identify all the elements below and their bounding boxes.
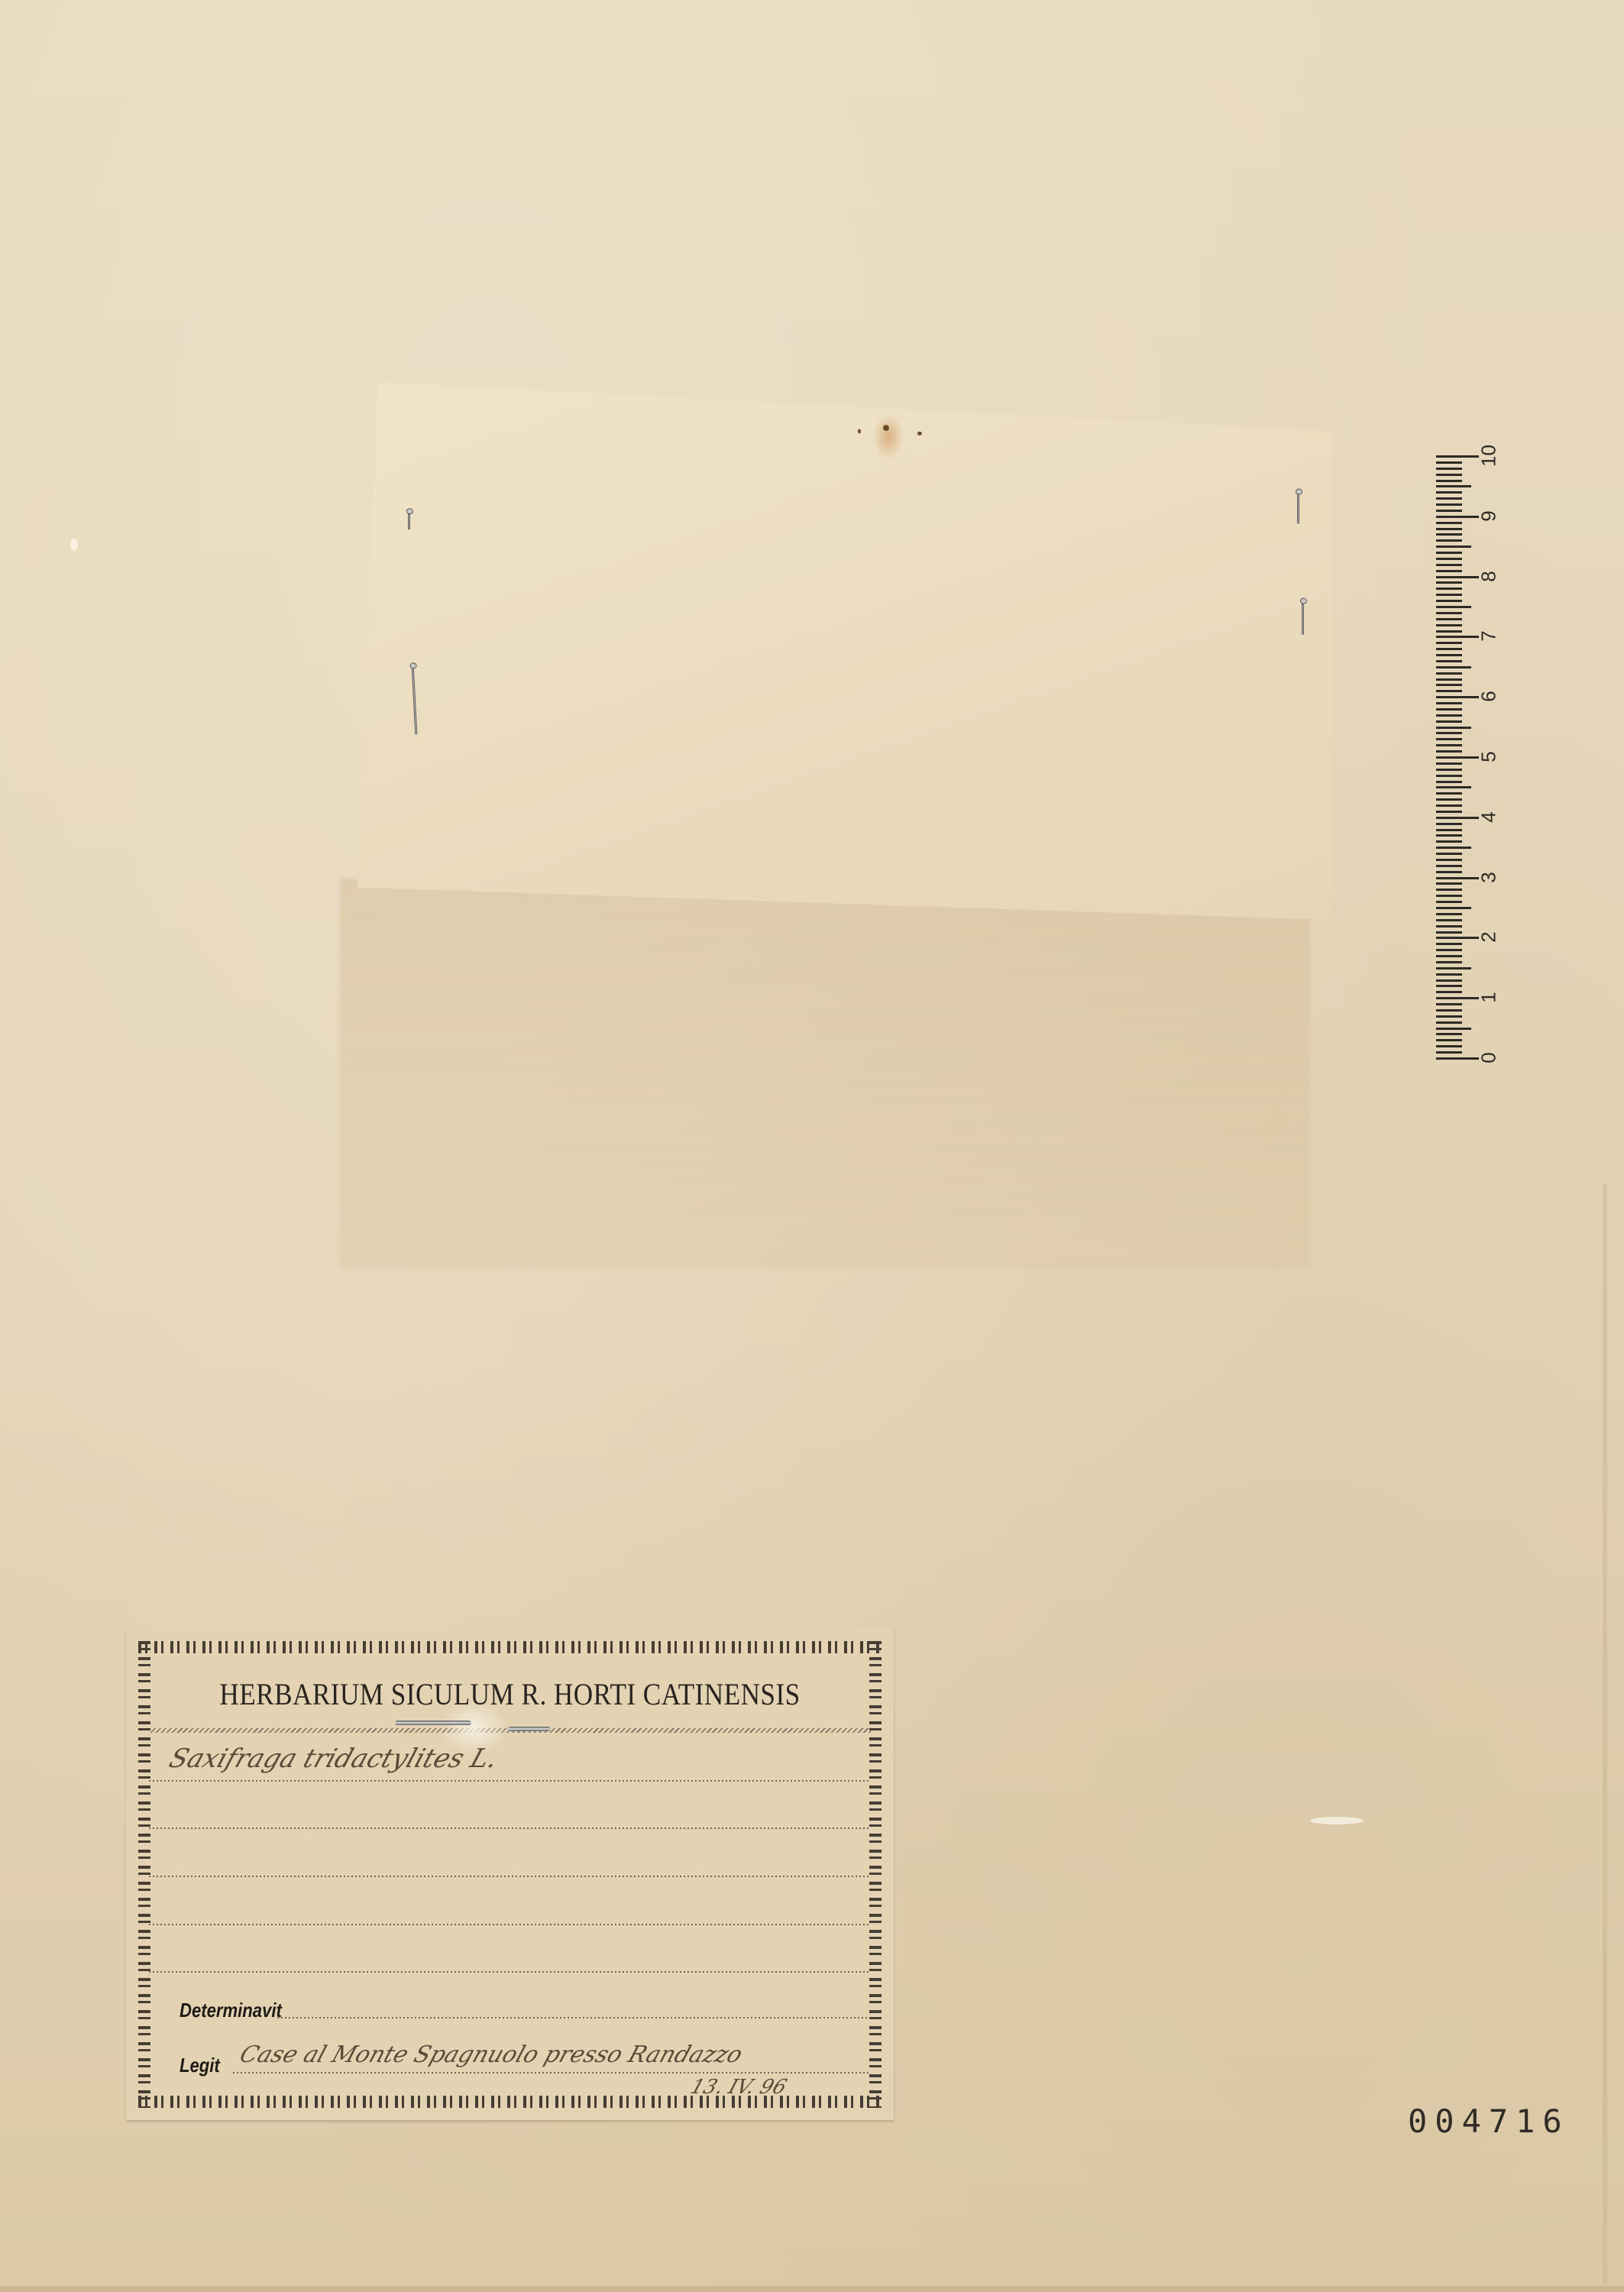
ruler-tick <box>1436 937 1479 939</box>
ruler-tick <box>1436 991 1462 993</box>
ruler-tick <box>1436 973 1462 976</box>
taxon-name: Saxifraga tridactylites L. <box>166 1743 502 1774</box>
ruler-tick <box>1436 455 1479 458</box>
ruler-tick <box>1436 811 1462 813</box>
ruler-tick <box>1436 624 1462 626</box>
ruler-tick <box>1436 480 1462 482</box>
ruler-tick <box>1436 648 1462 650</box>
ruler-label: 3 <box>1477 866 1501 889</box>
ruler-tick <box>1436 600 1462 602</box>
ruler-tick <box>1436 485 1471 487</box>
ruler-tick <box>1436 594 1462 596</box>
ruler-tick <box>1436 696 1479 698</box>
ruler-tick <box>1436 931 1462 934</box>
ruler-tick <box>1436 804 1462 807</box>
pin-icon <box>408 511 410 529</box>
ruler-label: 10 <box>1477 445 1501 468</box>
sheet-right-shadow <box>1603 1184 1607 2284</box>
ruler-tick <box>1436 895 1462 897</box>
ruler-tick <box>1436 618 1462 620</box>
ruler-tick <box>1436 781 1462 783</box>
ruler-tick <box>1436 859 1462 861</box>
ruler-tick <box>1436 738 1462 740</box>
ruler-tick <box>1436 642 1462 644</box>
ruler-tick <box>1436 636 1479 638</box>
ruler-tick <box>1436 678 1462 681</box>
ruler-tick <box>1436 510 1462 512</box>
collection-date: 13. IV. 96 <box>687 2076 789 2099</box>
ruler-tick <box>1436 823 1462 825</box>
sheet-bottom-edge <box>0 2286 1624 2292</box>
ruler-label: 9 <box>1477 504 1501 527</box>
ruler-tick <box>1436 829 1462 831</box>
collection-locality: Case al Monte Spagnuolo presso Randazzo <box>236 2041 746 2068</box>
ruler-tick <box>1436 955 1462 957</box>
label-title: HERBARIUM SICULUM R. HORTI CATINENSIS <box>172 1676 847 1712</box>
ruler-tick <box>1436 654 1462 656</box>
ruler-tick <box>1436 1028 1471 1030</box>
ruler-label: 4 <box>1477 805 1501 828</box>
ruler-tick <box>1436 1033 1462 1035</box>
pin-icon <box>412 665 418 734</box>
ruler-tick <box>1436 913 1462 915</box>
ruler-tick <box>1436 672 1462 675</box>
ruler-tick <box>1436 630 1462 633</box>
ruler-label: 1 <box>1477 986 1501 1009</box>
ruler-tick <box>1436 882 1462 885</box>
ruler-label: 8 <box>1477 565 1501 588</box>
ruler-tick <box>1436 1003 1462 1005</box>
ruler-tick <box>1436 1015 1462 1018</box>
ruler-label: 7 <box>1477 625 1501 648</box>
ruler-tick <box>1436 503 1462 506</box>
ruler-tick <box>1436 720 1462 723</box>
legit-label: Legit <box>180 2054 220 2077</box>
ruler-tick <box>1436 516 1479 518</box>
ruler-tick <box>1436 497 1462 500</box>
pin-icon <box>1302 601 1304 635</box>
ruler-tick <box>1436 612 1462 614</box>
ruler-tick <box>1436 961 1462 963</box>
ruler-tick <box>1436 727 1471 729</box>
ruler-tick <box>1436 901 1462 903</box>
ruler-tick <box>1436 853 1462 855</box>
ruler-tick <box>1436 552 1462 554</box>
ruler-tick <box>1436 847 1471 849</box>
ruler-tick <box>1436 769 1462 771</box>
ruler-tick <box>1436 834 1462 837</box>
pin-hole <box>917 432 922 435</box>
dotted-line <box>149 1780 871 1782</box>
ruler-tick <box>1436 979 1462 982</box>
ruler-tick <box>1436 925 1462 927</box>
ruler-tick <box>1436 570 1462 572</box>
ruler-tick <box>1436 690 1462 692</box>
determinavit-label: Determinavit <box>180 1999 282 2022</box>
ruler-tick <box>1436 732 1462 734</box>
ruler-tick <box>1436 792 1462 795</box>
faded-specimen-outline <box>340 879 1310 1268</box>
ruler-tick <box>1436 889 1462 891</box>
ruler-tick <box>1436 967 1471 970</box>
ruler-tick <box>1436 877 1479 879</box>
catalog-number: 004716 <box>1408 2103 1570 2140</box>
ruler-tick <box>1436 684 1462 686</box>
ruler-tick <box>1436 1039 1462 1041</box>
ruler-tick <box>1436 714 1462 717</box>
ruler-label: 2 <box>1477 926 1501 949</box>
ruler-tick <box>1436 1051 1462 1054</box>
ruler-tick <box>1436 461 1462 464</box>
paper-blemish <box>70 539 78 551</box>
ruler-tick <box>1436 533 1462 536</box>
pin-hole <box>883 425 889 431</box>
ruler-tick <box>1436 606 1471 608</box>
ruler-tick <box>1436 817 1479 819</box>
ruler-label: 5 <box>1477 746 1501 769</box>
ruler-tick <box>1436 1009 1462 1012</box>
ruler-tick <box>1436 840 1462 843</box>
ruler-tick <box>1436 545 1471 548</box>
ruler-tick <box>1436 997 1479 999</box>
ruler-tick <box>1436 798 1462 801</box>
ruler-tick <box>1436 756 1479 759</box>
scale-ruler: 012345678910 <box>1433 451 1502 1062</box>
specimen-envelope[interactable] <box>357 382 1332 920</box>
ruler-tick <box>1436 1057 1479 1060</box>
ruler-label: 0 <box>1477 1047 1501 1070</box>
dotted-line <box>149 1876 871 1877</box>
ruler-tick <box>1436 943 1462 945</box>
ruler-tick <box>1436 985 1462 987</box>
ruler-tick <box>1436 762 1462 765</box>
ruler-tick <box>1436 528 1462 530</box>
ruler-tick <box>1436 564 1462 566</box>
ruler-tick <box>1436 744 1462 746</box>
ruler-tick <box>1436 474 1462 476</box>
ruler-tick <box>1436 558 1462 560</box>
ruler-tick <box>1436 871 1462 873</box>
ruler-tick <box>1436 1045 1462 1047</box>
ruler-tick <box>1436 576 1479 578</box>
ruler-tick <box>1436 702 1462 704</box>
ruler-tick <box>1436 786 1471 788</box>
ruler-label: 6 <box>1477 685 1501 708</box>
ruler-tick <box>1436 588 1462 590</box>
ruler-tick <box>1436 919 1462 921</box>
ruler-tick <box>1436 750 1462 753</box>
dotted-line <box>149 1827 871 1829</box>
dotted-line <box>149 1924 871 1925</box>
ruler-tick <box>1436 775 1462 777</box>
legit-line <box>233 2072 871 2073</box>
pin-icon <box>1297 491 1299 523</box>
determinavit-line <box>277 2017 871 2018</box>
ruler-tick <box>1436 865 1462 867</box>
herbarium-label: HERBARIUM SICULUM R. HORTI CATINENSIS Sa… <box>126 1629 894 2120</box>
ruler-tick <box>1436 1021 1462 1024</box>
ruler-tick <box>1436 491 1462 494</box>
ruler-tick <box>1436 660 1462 662</box>
ruler-tick <box>1436 666 1471 668</box>
ruler-tick <box>1436 581 1462 584</box>
ruler-tick <box>1436 907 1471 909</box>
rust-stain <box>873 414 904 461</box>
ruler-tick <box>1436 468 1462 470</box>
ruler-tick <box>1436 522 1462 524</box>
pin-icon <box>508 1727 551 1731</box>
pin-icon <box>395 1721 471 1725</box>
ruler-tick <box>1436 539 1462 542</box>
pin-blemish <box>1310 1817 1364 1824</box>
ruler-tick <box>1436 949 1462 951</box>
ruler-tick <box>1436 708 1462 711</box>
pin-hole <box>858 429 861 433</box>
dotted-line <box>149 1971 871 1973</box>
